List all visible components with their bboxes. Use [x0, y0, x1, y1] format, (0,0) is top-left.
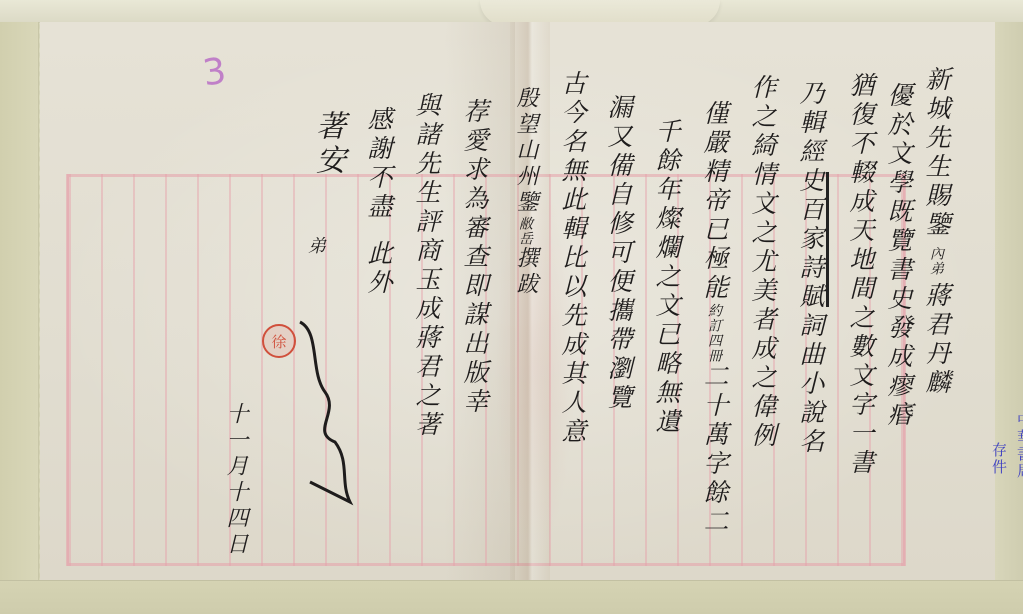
column-note: 內弟	[928, 246, 944, 276]
text-column-1: 新城先生賜鑒內弟蔣君丹麟	[924, 66, 949, 398]
column-tail: 撰跋	[513, 246, 538, 298]
text-column-13: 感謝不盡此外	[366, 106, 391, 298]
letter-paper: 3 新城先生賜鑒內弟蔣君丹麟 優於文學既覽書史發成瘳痻 猶復不輟成天地間之數文字…	[40, 22, 995, 580]
right-mount-strip	[994, 22, 1023, 582]
signature-prefix: 弟	[306, 236, 324, 255]
text-column-10: 殷望山州鑒敝岳撰跋	[514, 86, 536, 298]
stamp-line-1: 中華書局	[1014, 412, 1023, 480]
left-mount-strip	[0, 22, 39, 582]
column-note: 約訂四冊	[706, 303, 722, 363]
signature-flourish	[280, 312, 360, 512]
text-column-6: 僅嚴精帝已極能約訂四冊二十萬字餘二	[702, 100, 727, 537]
column-tail: 蔣君丹麟	[922, 282, 951, 398]
bottom-mount-strip	[0, 580, 1023, 614]
text-column-3: 猶復不輟成天地間之數文字一書	[848, 72, 873, 478]
text-column-5: 作之綺情文之尤美者成之偉例	[750, 74, 775, 451]
text-column-8: 漏又備自修可便攜帶瀏覽	[606, 94, 631, 413]
column-text: 殷望山州鑒	[513, 86, 538, 216]
signature-date: 十一月十四日	[224, 402, 246, 558]
text-column-9: 古今名無此輯比以先成其人意	[560, 70, 585, 447]
text-column-14: 著安	[312, 110, 342, 178]
stamp-line-2: 存件	[989, 442, 1010, 480]
column-text: 僅嚴精帝已極能	[700, 100, 729, 303]
text-column-11: 荐愛求為審查即謀出版幸	[462, 98, 487, 417]
column-text: 感謝不盡	[364, 106, 393, 222]
column-note: 敝岳	[517, 216, 533, 246]
insertion-mark	[826, 172, 829, 307]
date-day: 十四日	[223, 480, 248, 558]
text-column-4: 乃輯經史百家詩賦詞曲小說名	[798, 80, 823, 457]
column-text: 新城先生賜鑒	[922, 66, 951, 240]
text-column-12: 與諸先生評商玉成蔣君之著	[414, 92, 439, 440]
text-column-2: 優於文學既覽書史發成瘳痻	[886, 82, 911, 430]
archive-stamp: 中華書局 存件	[905, 412, 1023, 480]
column-tail: 二十萬字餘二	[700, 363, 729, 537]
column-tail: 此外	[364, 240, 393, 298]
text-column-7: 千餘年燦爛之文已略無遺	[654, 118, 679, 437]
date-month: 十一月	[223, 402, 248, 480]
